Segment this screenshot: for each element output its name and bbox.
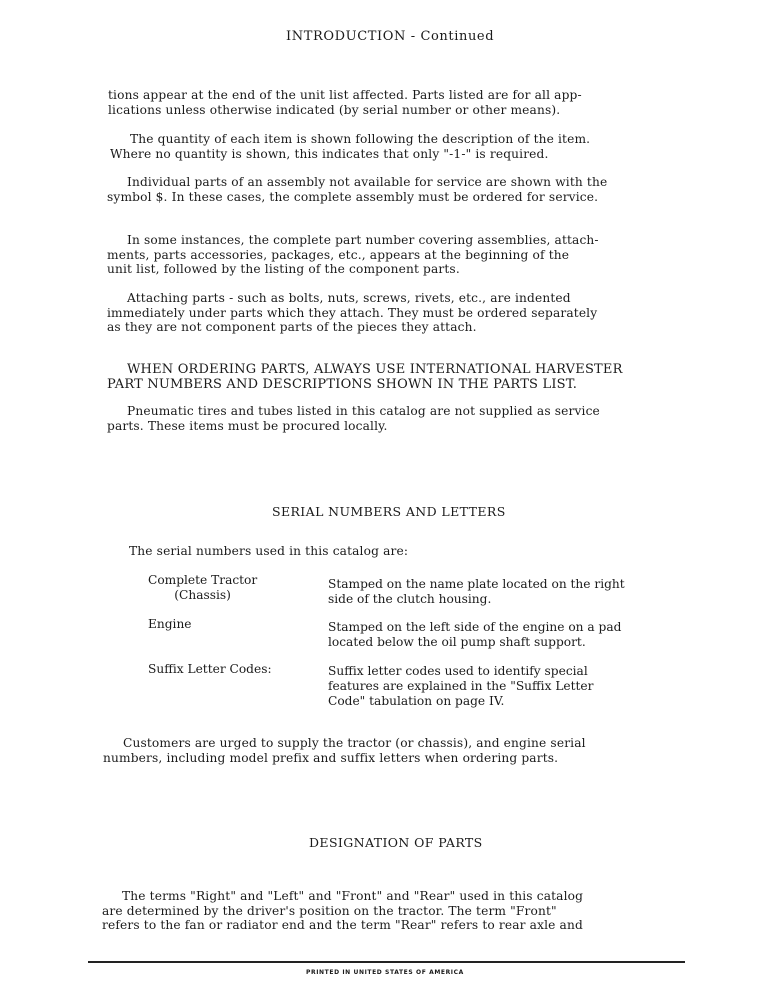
paragraph-designation: The terms "Right" and "Left" and "Front"…: [102, 889, 583, 933]
ordering-notice: WHEN ORDERING PARTS, ALWAYS USE INTERNAT…: [107, 362, 623, 392]
paragraph-applications: tions appear at the end of the unit list…: [108, 88, 582, 117]
paragraph-quantity: The quantity of each item is shown follo…: [110, 132, 590, 161]
serial-desc-suffix-codes: Suffix letter codes used to identify spe…: [328, 664, 593, 709]
paragraph-customers: Customers are urged to supply the tracto…: [103, 736, 586, 765]
paragraph-attaching-parts: Attaching parts - such as bolts, nuts, s…: [107, 291, 597, 335]
serial-desc-engine: Stamped on the left side of the engine o…: [328, 620, 621, 650]
paragraph-individual-parts: Individual parts of an assembly not avai…: [107, 175, 607, 204]
serial-label-complete-tractor: Complete Tractor (Chassis): [148, 573, 257, 603]
footer-printed-in: PRINTED IN UNITED STATES OF AMERICA: [306, 969, 464, 976]
paragraph-assemblies: In some instances, the complete part num…: [107, 233, 599, 277]
section-title-designation: DESIGNATION OF PARTS: [309, 835, 483, 850]
section-title-serial-numbers: SERIAL NUMBERS AND LETTERS: [272, 504, 506, 519]
serial-label-engine: Engine: [148, 617, 192, 632]
serial-label-suffix-codes: Suffix Letter Codes:: [148, 662, 272, 677]
footer-rule: [88, 961, 685, 963]
serial-intro: The serial numbers used in this catalog …: [129, 544, 408, 559]
paragraph-tires: Pneumatic tires and tubes listed in this…: [107, 404, 600, 433]
serial-desc-complete-tractor: Stamped on the name plate located on the…: [328, 577, 625, 607]
page-header: INTRODUCTION - Continued: [286, 29, 494, 44]
